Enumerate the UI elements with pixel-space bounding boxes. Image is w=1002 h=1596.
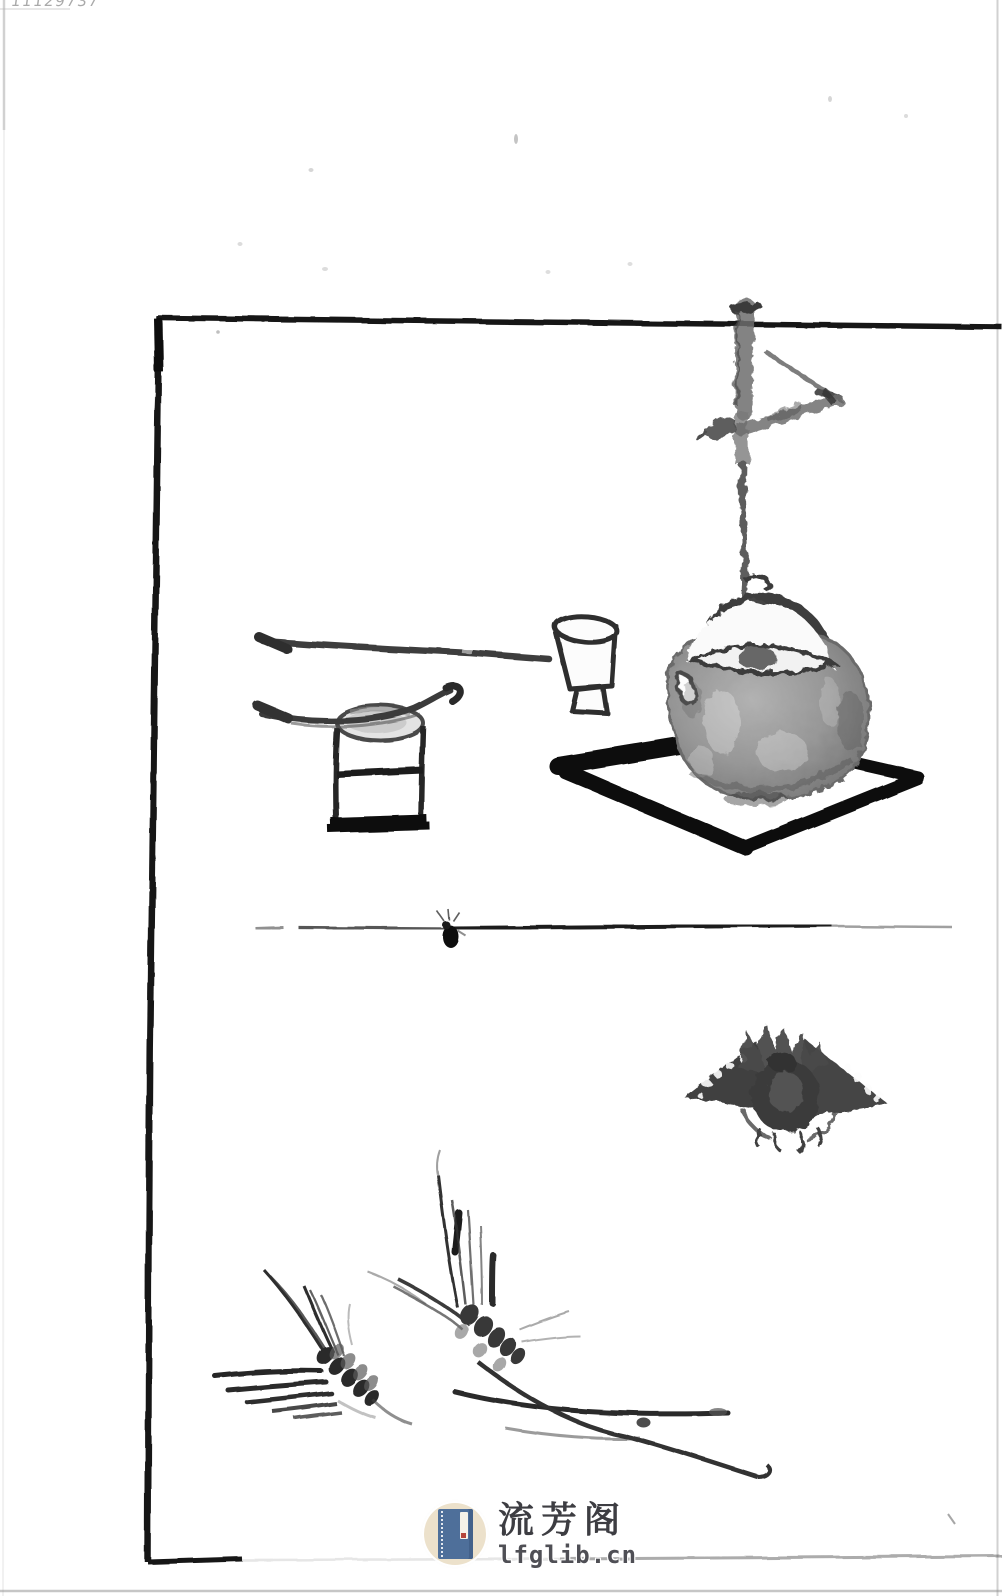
ink-illustration bbox=[0, 0, 1002, 1596]
pot-hanger bbox=[699, 306, 840, 594]
frame-border bbox=[148, 316, 1002, 1562]
cylindrical-stand bbox=[258, 686, 460, 829]
divider-line bbox=[256, 925, 952, 929]
iron-tea-kettle bbox=[668, 576, 869, 806]
book-icon bbox=[438, 1509, 473, 1559]
scanned-book-page: 11129737 bbox=[0, 0, 1002, 1596]
butterfly bbox=[684, 1024, 888, 1152]
watermark-site-domain: lfglib.cn bbox=[498, 1542, 637, 1568]
wheat-ears bbox=[215, 1150, 770, 1477]
watermark-site-name: 流芳阁 bbox=[498, 1500, 637, 1542]
watermark-badge bbox=[424, 1503, 486, 1565]
watermark-text: 流芳阁 lfglib.cn bbox=[498, 1500, 637, 1568]
book-stitch-line bbox=[441, 1511, 443, 1557]
book-title-label bbox=[460, 1512, 468, 1539]
site-watermark: 流芳阁 lfglib.cn bbox=[424, 1500, 637, 1568]
